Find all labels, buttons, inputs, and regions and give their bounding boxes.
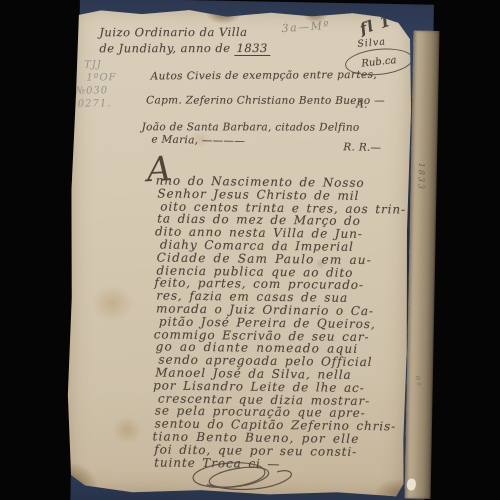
margin-note: 1ºOF — [86, 71, 116, 84]
defendant-role: R. R.— — [343, 141, 381, 154]
folded-corner — [389, 19, 413, 39]
defendant-line2: e Maria, ———— — [151, 134, 245, 148]
manuscript-page: Juizo Ordinario da Villa de Jundiahy, an… — [65, 6, 414, 498]
margin-note: TJJ — [84, 58, 116, 72]
oval-rubric-text: Rub.ca — [361, 55, 397, 70]
court-heading: Juizo Ordinario da Villa de Jundiahy, an… — [99, 24, 270, 56]
defendant-line1: João de Santa Barbara, citados Delfino — [142, 121, 360, 133]
plaintiff-line: Capm. Zeferino Christiano Bento Bueno — — [146, 94, 385, 106]
margin-note: №030 — [75, 84, 116, 98]
margin-note: 0271. — [78, 97, 117, 111]
scanned-manuscript-photo: 1833 nº Juizo Ordinario da Villa de Jund… — [0, 0, 500, 500]
paper-chip — [407, 478, 416, 490]
archival-margin-notes: TJJ1ºOF№0300271. — [75, 58, 117, 111]
pencil-note-top: 3a—Mº — [281, 19, 330, 35]
fore-edge-inscription: 1833 — [416, 163, 426, 192]
heading-year: 1833 — [235, 41, 270, 56]
heading-line2: de Jundiahy, anno de — [99, 41, 230, 55]
fore-edge-mark: nº — [414, 376, 422, 388]
case-caption: Autos Civeis de exempção entre partes, — [151, 69, 378, 83]
sheet-wrapper: 1833 nº Juizo Ordinario da Villa de Jund… — [65, 4, 440, 500]
body-text: nno do Nascimento de NossoSenhor Jesus C… — [154, 174, 394, 471]
heading-line1: Juizo Ordinario da Villa — [99, 25, 247, 39]
closing-rubric-flourish — [177, 458, 308, 498]
plaintiff-role: A. — [356, 98, 368, 110]
